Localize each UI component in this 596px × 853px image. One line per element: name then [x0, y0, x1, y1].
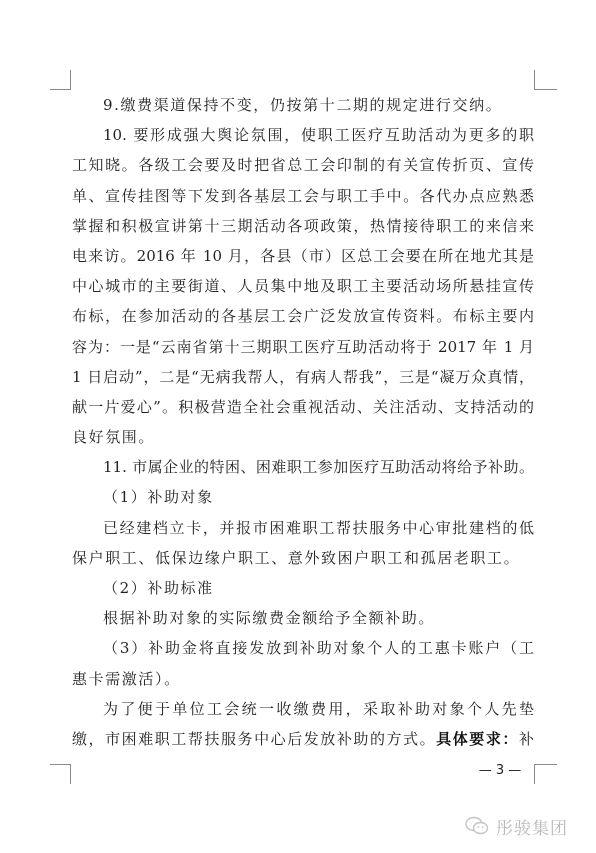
watermark-label: 彤骏集团: [496, 814, 568, 839]
document-line: 11. 市属企业的特困、困难职工参加医疗互助活动将给予补助。: [72, 452, 534, 482]
document-line-last: 缴，市困难职工帮扶服务中心后发放补助的方式。具体要求：补: [72, 724, 534, 754]
watermark: 彤骏集团: [464, 812, 568, 840]
crop-mark-bottom-right: [534, 764, 557, 784]
document-line: 9.缴费渠道保持不变，仍按第十二期的规定进行交纳。: [72, 90, 534, 120]
document-line: （2）补助标准: [72, 573, 534, 603]
crop-mark-bottom-left: [50, 764, 71, 784]
document-line: 中心城市的主要街道、人员集中地及职工主要活动场所悬挂宣传: [72, 271, 534, 301]
document-line: 惠卡需激活）。: [72, 664, 534, 694]
last-line-text: 缴，市困难职工帮扶服务中心后发放补助的方式。: [72, 730, 436, 748]
document-line: 10. 要形成强大舆论氛围，使职工医疗互助活动为更多的职: [72, 120, 534, 150]
crop-mark-top-left: [50, 70, 71, 90]
document-line: 容为：一是“云南省第十三期职工医疗互助活动将于 2017 年 1 月: [72, 332, 534, 362]
document-line: 献一片爱心”。积极营造全社会重视活动、关注活动、支持活动的: [72, 392, 534, 422]
last-line-tail: 补: [519, 730, 534, 748]
requirements-label: 具体要求：: [436, 730, 519, 748]
crop-mark-top-right: [534, 70, 557, 90]
document-line: 保户职工、低保边缘户职工、意外致困户职工和孤居老职工。: [72, 543, 534, 573]
document-line: 工知晓。各级工会要及时把省总工会印制的有关宣传折页、宣传: [72, 150, 534, 180]
document-line: 已经建档立卡，并报市困难职工帮扶服务中心审批建档的低: [72, 513, 534, 543]
document-line: （1）补助对象: [72, 482, 534, 512]
document-line: 电来访。2016 年 10 月，各县（市）区总工会要在所在地尤其是: [72, 241, 534, 271]
document-line: 布标，在参加活动的各基层工会广泛发放宣传资料。布标主要内: [72, 301, 534, 331]
document-line: 良好氛围。: [72, 422, 534, 452]
document-line: 为了便于单位工会统一收缴费用，采取补助对象个人先垫: [72, 694, 534, 724]
document-body: 9.缴费渠道保持不变，仍按第十二期的规定进行交纳。10. 要形成强大舆论氛围，使…: [72, 90, 534, 724]
document-page: 9.缴费渠道保持不变，仍按第十二期的规定进行交纳。10. 要形成强大舆论氛围，使…: [0, 0, 596, 853]
page-number: — 3 —: [472, 762, 528, 780]
document-line: 根据补助对象的实际缴费金额给予全额补助。: [72, 603, 534, 633]
wechat-icon: [464, 816, 490, 836]
document-line: （3）补助金将直接发放到补助对象个人的工惠卡账户（工: [72, 633, 534, 663]
document-line: 掌握和积极宣讲第十三期活动各项政策，热情接待职工的来信来: [72, 211, 534, 241]
document-line: 单、宣传挂图等下发到各基层工会与职工手中。各代办点应熟悉: [72, 181, 534, 211]
document-line: 1 日启动”，二是“无病我帮人，有病人帮我”，三是“凝万众真情，: [72, 362, 534, 392]
